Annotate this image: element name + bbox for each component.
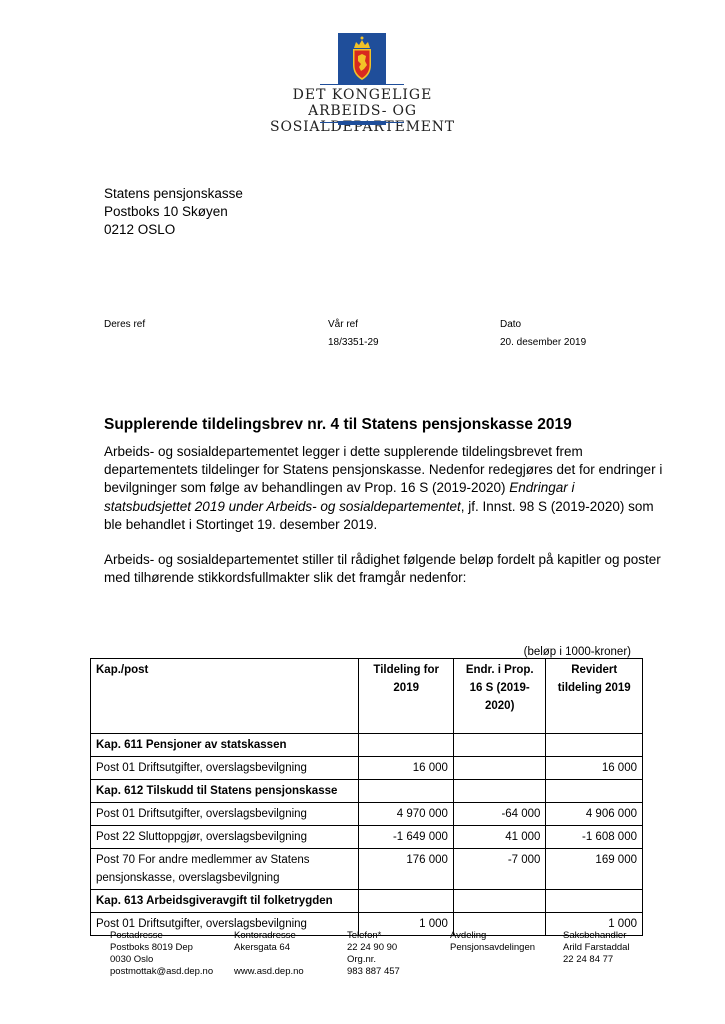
footer-line: Pensjonsavdelingen xyxy=(450,942,535,954)
recipient-address: Statens pensjonskasse Postboks 10 Skøyen… xyxy=(104,185,243,239)
intro-text-1: Arbeids- og sosialdepartementet legger i… xyxy=(104,444,662,495)
letterhead-line2: ARBEIDS- OG SOSIALDEPARTEMENT xyxy=(214,103,511,135)
letterhead-line1: DET KONGELIGE xyxy=(220,87,505,103)
cell-amount: 41 000 xyxy=(453,826,546,849)
footer-line: 983 887 457 xyxy=(347,966,400,978)
footer-column: KontoradresseAkersgata 64 www.asd.dep.no xyxy=(234,930,304,978)
cell-amount: 176 000 xyxy=(359,849,454,890)
intro-paragraph: Arbeids- og sosialdepartementet legger i… xyxy=(104,443,664,534)
dato-label: Dato xyxy=(500,319,521,330)
cell-amount: -1 649 000 xyxy=(359,826,454,849)
footer-line xyxy=(563,966,630,978)
recipient-street: Postboks 10 Skøyen xyxy=(104,203,243,221)
footer-line: Akersgata 64 xyxy=(234,942,304,954)
footer-line: www.asd.dep.no xyxy=(234,966,304,978)
footer-line: 22 24 90 90 xyxy=(347,942,400,954)
header-kap-post: Kap./post xyxy=(91,659,359,734)
table-row: Post 01 Driftsutgifter, overslagsbevilgn… xyxy=(91,757,643,780)
table-chapter-row: Kap. 611 Pensjoner av statskassen xyxy=(91,734,643,757)
footer-line: Telefon* xyxy=(347,930,400,942)
cell-amount xyxy=(546,780,643,803)
cell-amount: -1 608 000 xyxy=(546,826,643,849)
cell-amount: 4 906 000 xyxy=(546,803,643,826)
cell-amount: 169 000 xyxy=(546,849,643,890)
cell-amount xyxy=(453,890,546,913)
table-chapter-row: Kap. 612 Tilskudd til Statens pensjonska… xyxy=(91,780,643,803)
footer-line: Org.nr. xyxy=(347,954,400,966)
unit-note: (beløp i 1000-kroner) xyxy=(524,646,631,658)
cell-amount xyxy=(359,780,454,803)
table-row: Post 22 Sluttoppgjør, overslagsbevilgnin… xyxy=(91,826,643,849)
cell-amount xyxy=(453,757,546,780)
recipient-postal: 0212 OSLO xyxy=(104,221,243,239)
allocation-table: Kap./post Tildeling for 2019 Endr. i Pro… xyxy=(90,658,643,936)
cell-amount xyxy=(546,890,643,913)
cell-label: Kap. 613 Arbeidsgiveravgift til folketry… xyxy=(91,890,359,913)
table-chapter-row: Kap. 613 Arbeidsgiveravgift til folketry… xyxy=(91,890,643,913)
cell-amount: -64 000 xyxy=(453,803,546,826)
footer-column: AvdelingPensjonsavdelingen xyxy=(450,930,535,978)
var-ref-value: 18/3351-29 xyxy=(328,337,379,348)
footer-column: Telefon*22 24 90 90Org.nr.983 887 457 xyxy=(347,930,400,978)
table-header-row: Kap./post Tildeling for 2019 Endr. i Pro… xyxy=(91,659,643,734)
footer-line: Arild Farstaddal xyxy=(563,942,630,954)
footer-line xyxy=(450,954,535,966)
var-ref-label: Vår ref xyxy=(328,319,358,330)
cell-amount xyxy=(453,734,546,757)
recipient-name: Statens pensjonskasse xyxy=(104,185,243,203)
footer-column: SaksbehandlerArild Farstaddal22 24 84 77 xyxy=(563,930,630,978)
cell-amount: -7 000 xyxy=(453,849,546,890)
footer-line: postmottak@asd.dep.no xyxy=(110,966,213,978)
footer-line xyxy=(450,966,535,978)
footer-line: Kontoradresse xyxy=(234,930,304,942)
cell-label: Post 70 For andre medlemmer av Statens p… xyxy=(91,849,359,890)
table-row: Post 01 Driftsutgifter, overslagsbevilgn… xyxy=(91,803,643,826)
coat-of-arms-icon xyxy=(338,33,386,85)
header-revidert: Revidert tildeling 2019 xyxy=(546,659,643,734)
footer-line: 0030 Oslo xyxy=(110,954,213,966)
deres-ref-label: Deres ref xyxy=(104,319,145,330)
cell-amount: 4 970 000 xyxy=(359,803,454,826)
cell-label: Post 01 Driftsutgifter, overslagsbevilgn… xyxy=(91,757,359,780)
header-endring: Endr. i Prop. 16 S (2019-2020) xyxy=(453,659,546,734)
footer-line: Saksbehandler xyxy=(563,930,630,942)
footer-line: Postadresse xyxy=(110,930,213,942)
cell-amount: 16 000 xyxy=(546,757,643,780)
letter-title: Supplerende tildelingsbrev nr. 4 til Sta… xyxy=(104,416,572,434)
logo-tab xyxy=(338,121,386,125)
header-tildeling: Tildeling for 2019 xyxy=(359,659,454,734)
cell-amount xyxy=(359,890,454,913)
footer-line: Postboks 8019 Dep xyxy=(110,942,213,954)
cell-amount xyxy=(359,734,454,757)
cell-label: Post 01 Driftsutgifter, overslagsbevilgn… xyxy=(91,803,359,826)
footer-line: 22 24 84 77 xyxy=(563,954,630,966)
allocation-paragraph: Arbeids- og sosialdepartementet stiller … xyxy=(104,551,664,587)
cell-amount: 16 000 xyxy=(359,757,454,780)
footer-line: Avdeling xyxy=(450,930,535,942)
table-row: Post 70 For andre medlemmer av Statens p… xyxy=(91,849,643,890)
footer-line xyxy=(234,954,304,966)
cell-label: Post 22 Sluttoppgjør, overslagsbevilgnin… xyxy=(91,826,359,849)
cell-amount xyxy=(546,734,643,757)
dato-value: 20. desember 2019 xyxy=(500,337,586,348)
cell-label: Kap. 612 Tilskudd til Statens pensjonska… xyxy=(91,780,359,803)
cell-amount xyxy=(453,780,546,803)
footer-column: PostadressePostboks 8019 Dep0030 Oslopos… xyxy=(110,930,213,978)
cell-label: Kap. 611 Pensjoner av statskassen xyxy=(91,734,359,757)
